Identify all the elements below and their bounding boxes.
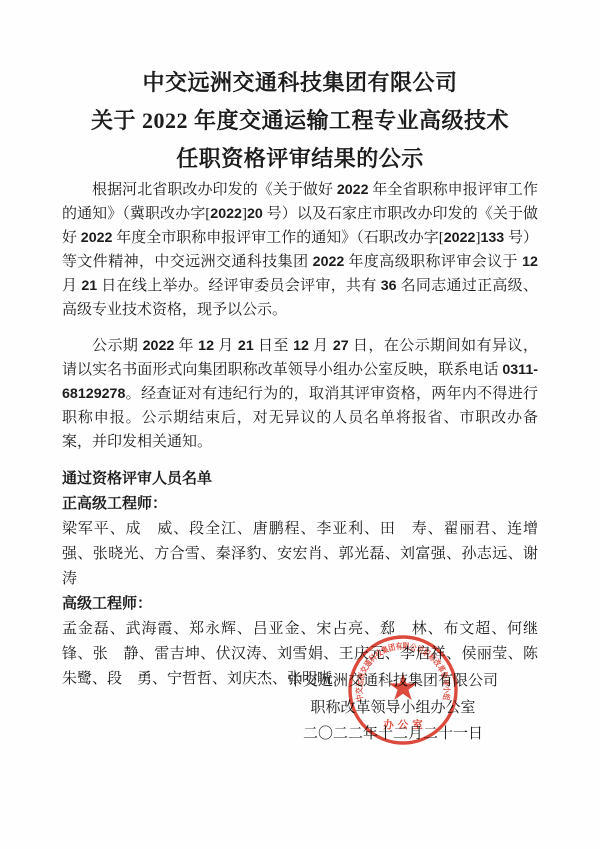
- signature-org: 中交远洲交通科技集团有限公司: [281, 668, 505, 695]
- title-line-company: 中交远洲交通科技集团有限公司: [62, 64, 538, 102]
- roster-group-professor-senior: 正高级工程师： 梁军平、成 威、段全江、唐鹏程、李亚利、田 寿、翟丽君、连增强、…: [62, 492, 538, 592]
- document-title: 中交远洲交通科技集团有限公司 关于 2022 年度交通运输工程专业高级技术 任职…: [62, 64, 538, 178]
- paragraph-basis: 根据河北省职改办印发的《关于做好 2022 年全省职称申报评审工作的通知》（冀职…: [62, 178, 538, 322]
- title-line-announcement: 任职资格评审结果的公示: [62, 140, 538, 178]
- group-label-senior-engineer: 高级工程师：: [62, 592, 538, 617]
- paragraph-publicity-period: 公示期 2022 年 12 月 21 日至 12 月 27 日，在公示期间如有异…: [62, 334, 538, 454]
- signature-block: 中交远洲交通科技集团有限公司 职称改革领导小组办公室 二〇二二年十二月二十一日: [281, 668, 505, 748]
- document-page: 中交远洲交通科技集团有限公司 关于 2022 年度交通运输工程专业高级技术 任职…: [0, 0, 600, 849]
- group-names-professor-senior-engineer: 梁军平、成 威、段全江、唐鹏程、李亚利、田 寿、翟丽君、连增强、张晓光、方合雪、…: [62, 517, 538, 592]
- roster-heading: 通过资格评审人员名单: [62, 466, 538, 492]
- signature-date: 二〇二二年十二月二十一日: [281, 721, 505, 748]
- group-label-professor-senior-engineer: 正高级工程师：: [62, 492, 538, 517]
- title-line-subject: 关于 2022 年度交通运输工程专业高级技术: [62, 102, 538, 140]
- signature-office: 职称改革领导小组办公室: [281, 695, 505, 722]
